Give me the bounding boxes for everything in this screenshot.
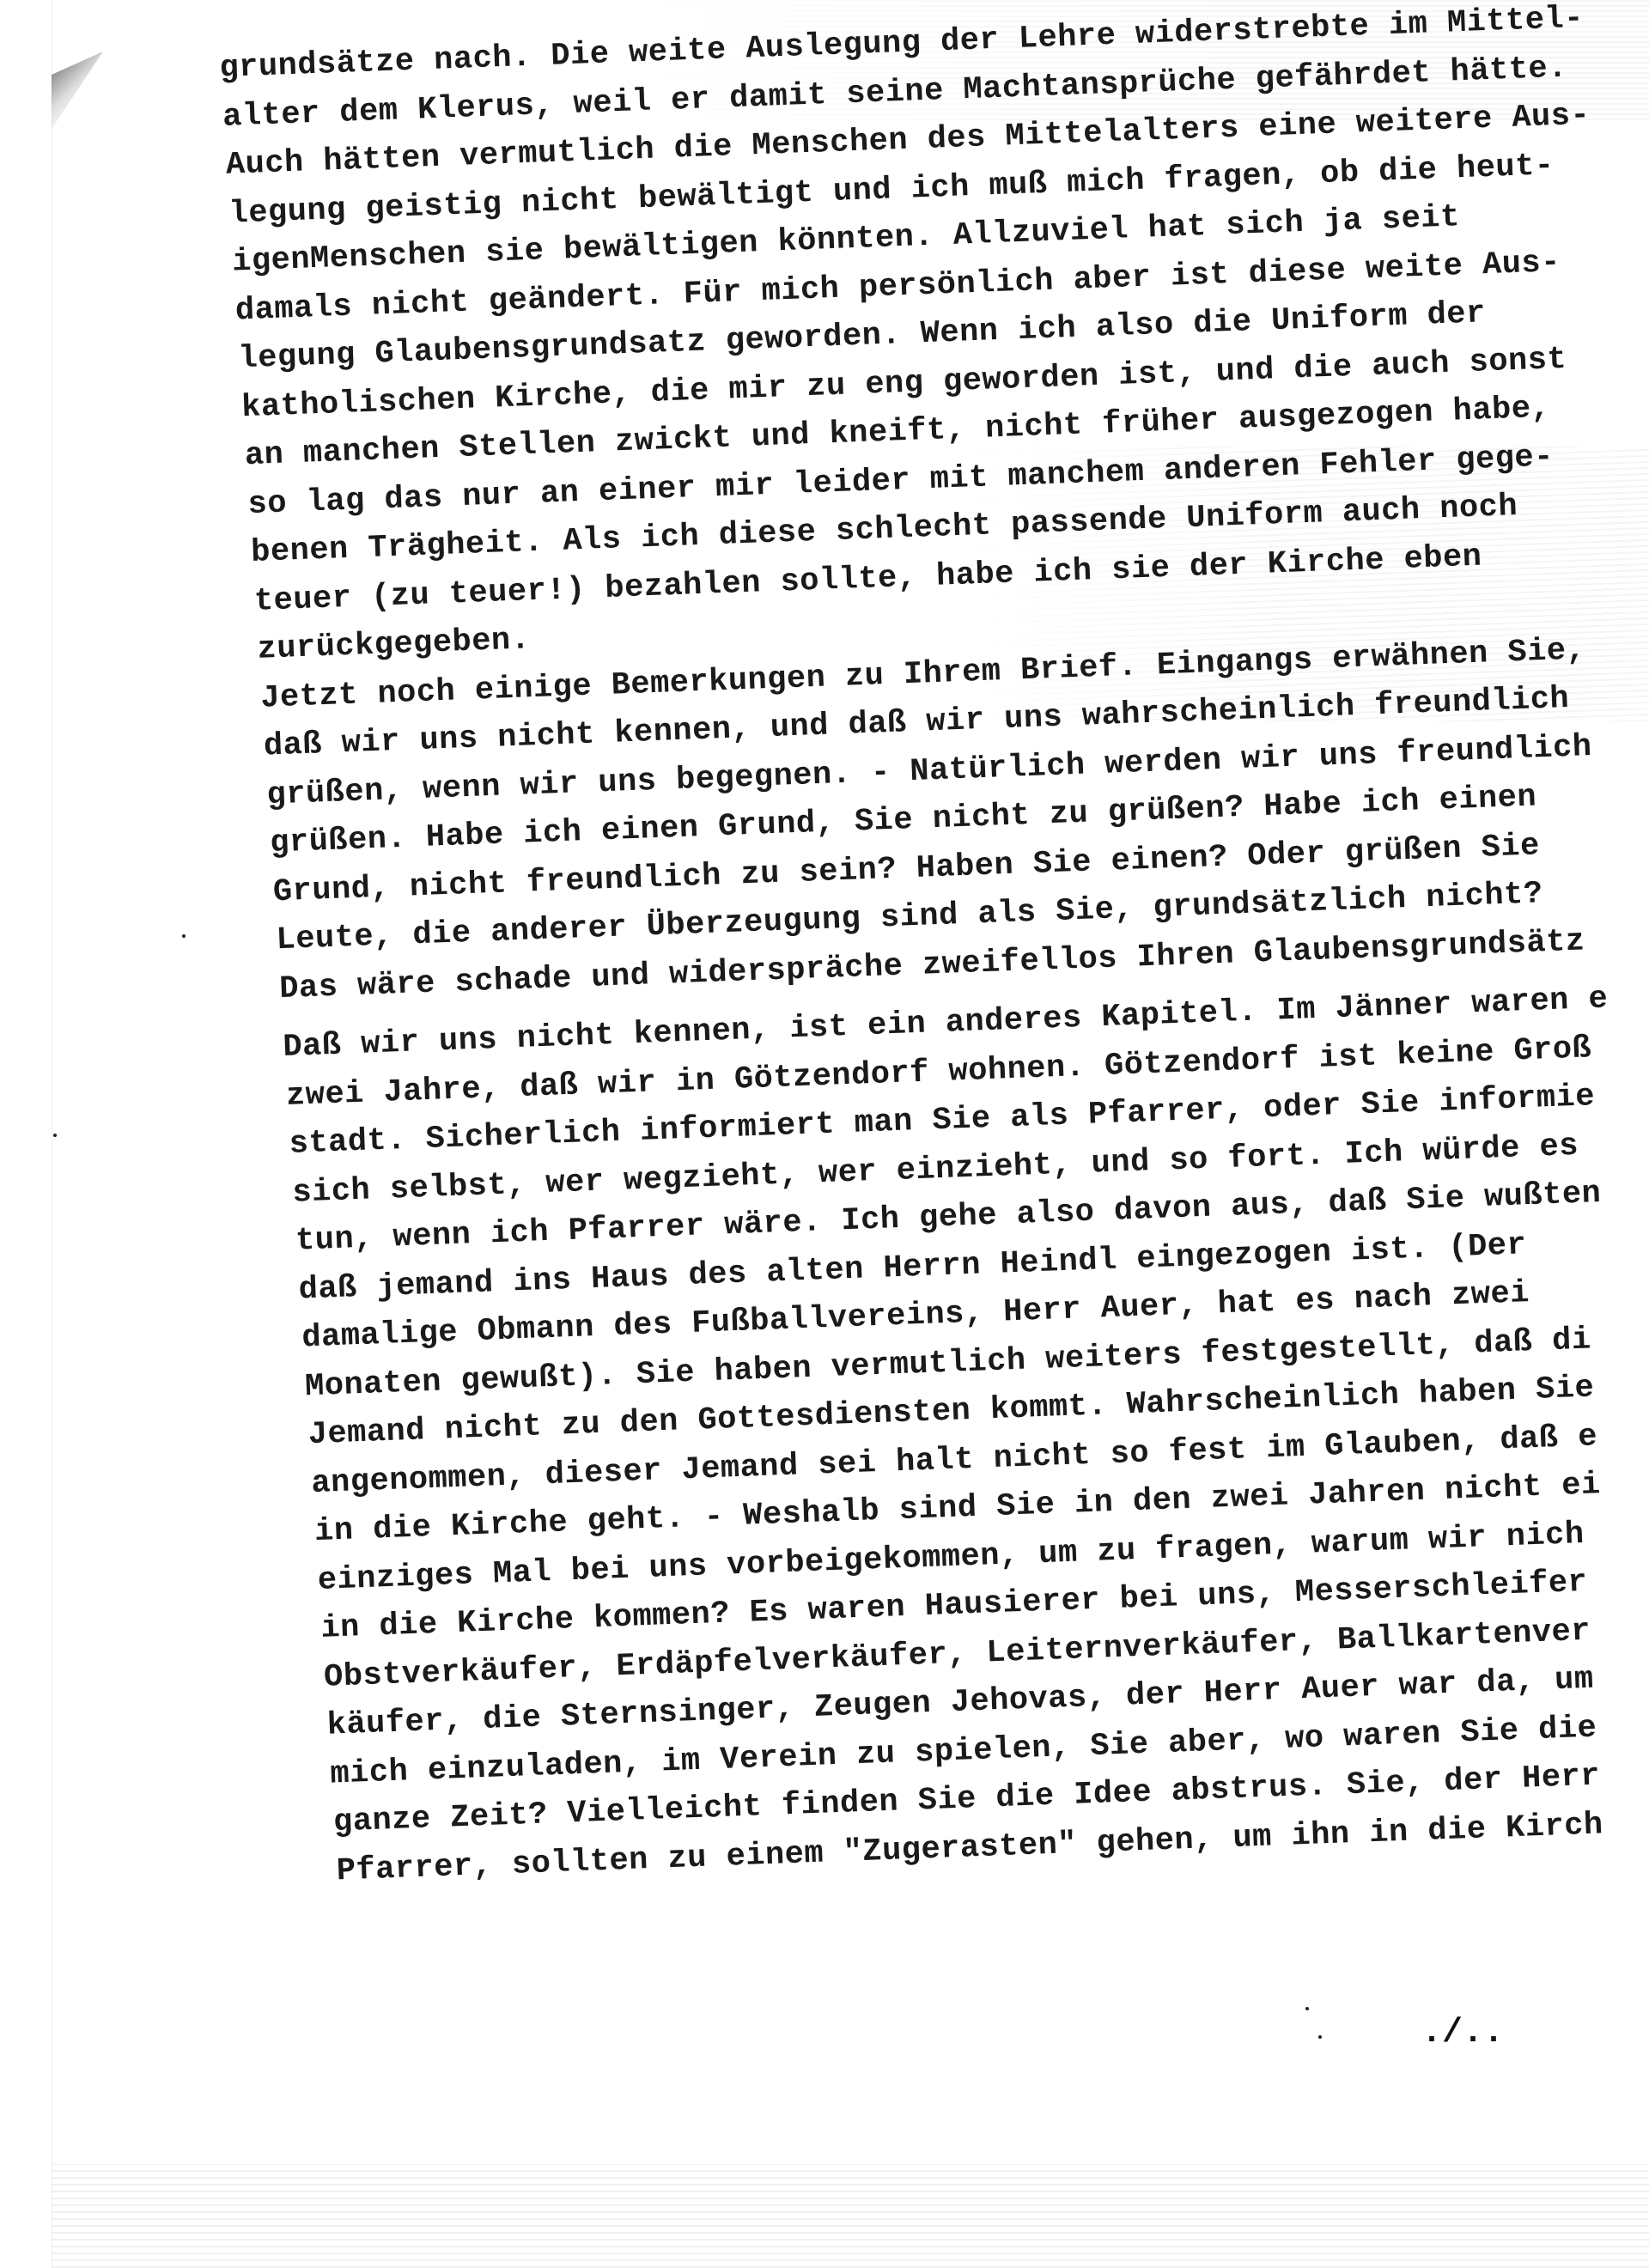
scan-speck	[1318, 2035, 1322, 2039]
scan-noise-bottom	[52, 2164, 1649, 2268]
scan-corner-fold-shadow	[52, 52, 103, 129]
scan-speck	[1305, 2007, 1309, 2010]
text-line: zurückgegeben.	[257, 624, 531, 666]
scan-speck	[53, 1134, 57, 1137]
scan-left-margin	[0, 0, 52, 2268]
continuation-marker: ./..	[1421, 2014, 1504, 2052]
scan-speck	[182, 934, 186, 938]
